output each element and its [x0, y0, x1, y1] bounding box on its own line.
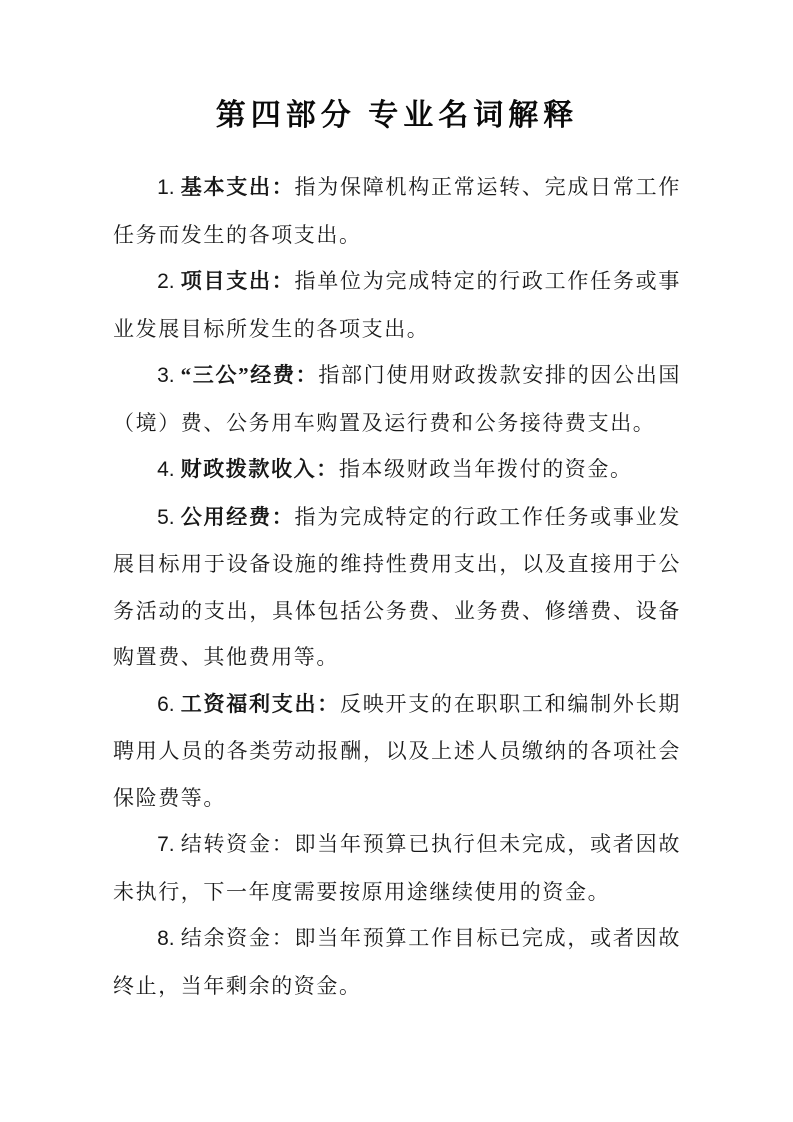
definition-salary-welfare-expenditure: 6.工资福利支出：反映开支的在职职工和编制外长期聘用人员的各类劳动报酬，以及上述… — [113, 681, 681, 822]
definition-term: 结余资金： — [181, 926, 295, 950]
definition-term: 工资福利支出： — [181, 692, 340, 716]
definition-number: 5. — [157, 506, 181, 529]
definition-text: 指为完成特定的行政工作任务或事业发展目标用于设备设施的维持性费用支出，以及直接用… — [113, 505, 681, 670]
definition-term: 公用经费： — [181, 505, 295, 529]
definition-text: 指本级财政当年拨付的资金。 — [339, 457, 633, 481]
definition-basic-expenditure: 1.基本支出：指为保障机构正常运转、完成日常工作任务而发生的各项支出。 — [113, 164, 681, 258]
definition-number: 6. — [157, 693, 181, 716]
definition-number: 4. — [157, 458, 181, 481]
definition-project-expenditure: 2.项目支出：指单位为完成特定的行政工作任务或事业发展目标所发生的各项支出。 — [113, 258, 681, 352]
definition-term: 项目支出： — [181, 269, 295, 293]
definition-number: 1. — [157, 176, 181, 199]
definition-number: 2. — [157, 270, 181, 293]
definition-number: 8. — [157, 927, 181, 950]
document-page: 第四部分 专业名词解释 1.基本支出：指为保障机构正常运转、完成日常工作任务而发… — [0, 0, 793, 1122]
definition-term: 基本支出： — [181, 175, 295, 199]
definition-public-funds: 5.公用经费：指为完成特定的行政工作任务或事业发展目标用于设备设施的维持性费用支… — [113, 494, 681, 681]
definition-fiscal-appropriation-income: 4.财政拨款收入：指本级财政当年拨付的资金。 — [113, 446, 681, 494]
page-title: 第四部分 专业名词解释 — [113, 96, 681, 136]
definition-term: “三公”经费： — [181, 363, 319, 387]
definition-carryover-funds: 7.结转资金：即当年预算已执行但未完成，或者因故未执行，下一年度需要按原用途继续… — [113, 821, 681, 915]
definition-term: 结转资金： — [181, 832, 295, 856]
definition-number: 3. — [157, 364, 181, 387]
definition-three-public-funds: 3.“三公”经费：指部门使用财政拨款安排的因公出国（境）费、公务用车购置及运行费… — [113, 352, 681, 446]
definition-term: 财政拨款收入： — [181, 457, 339, 481]
definition-surplus-funds: 8.结余资金：即当年预算工作目标已完成，或者因故终止，当年剩余的资金。 — [113, 915, 681, 1009]
definition-number: 7. — [157, 833, 181, 856]
